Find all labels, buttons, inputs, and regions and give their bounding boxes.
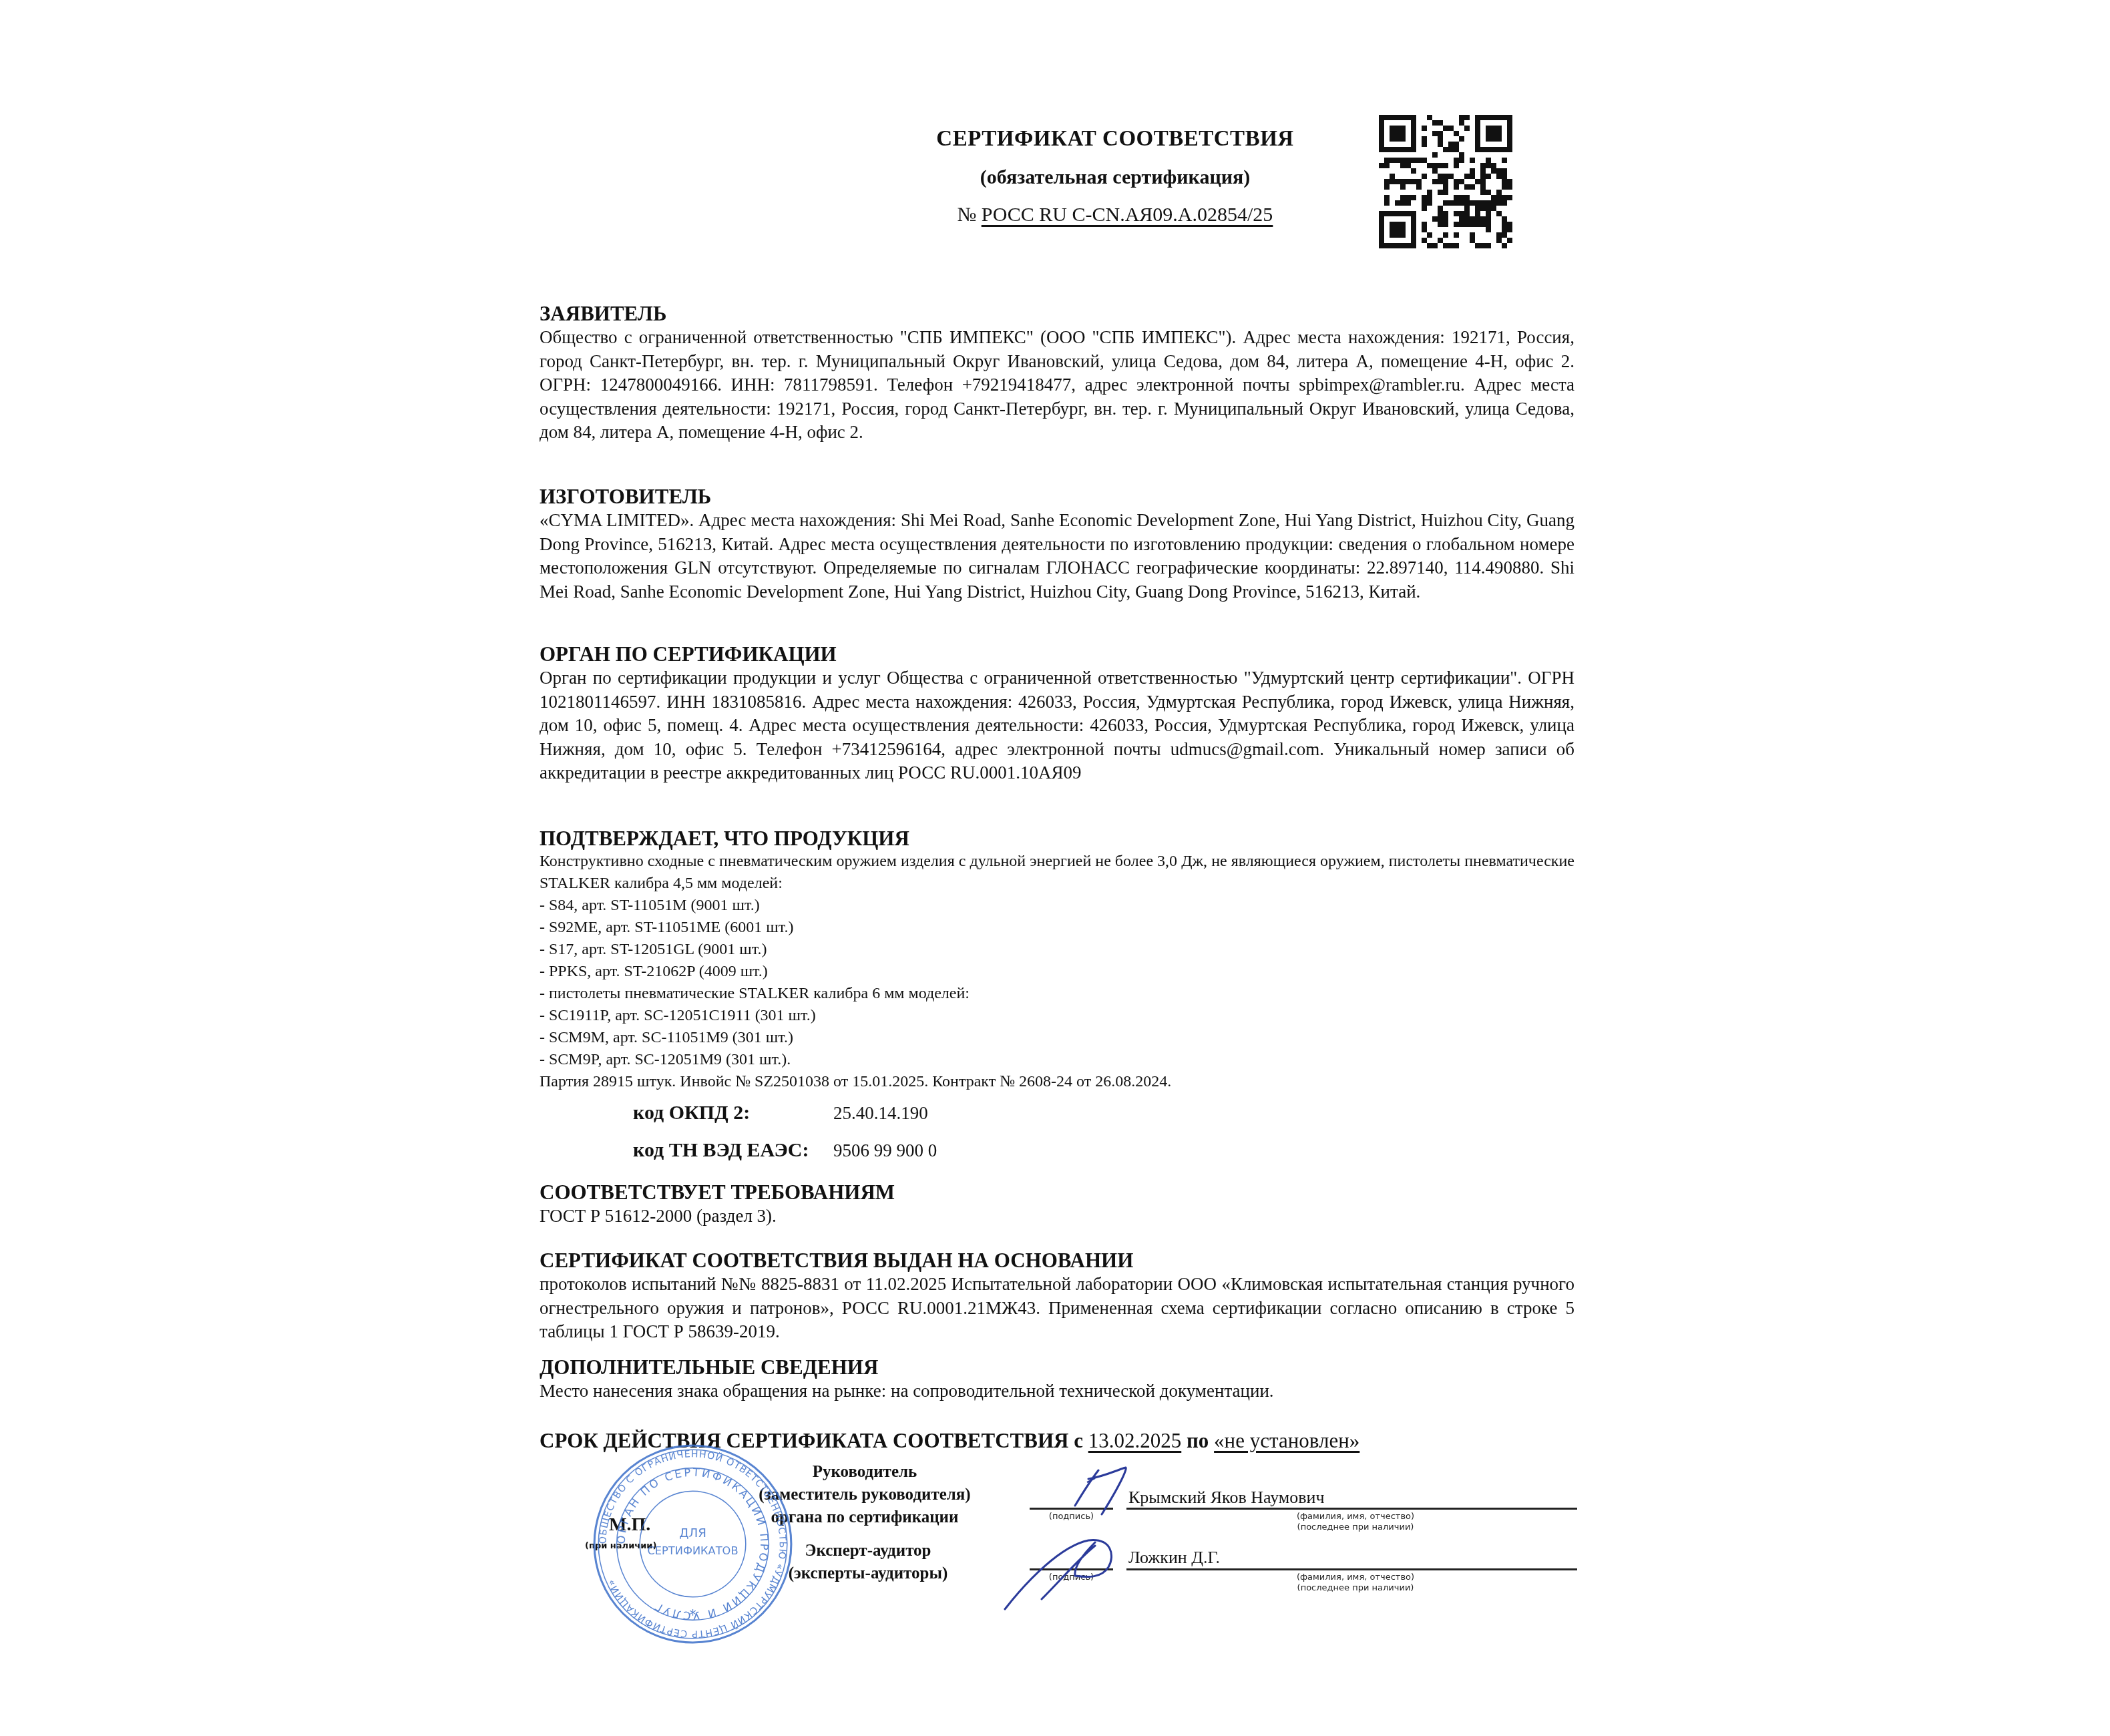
expert-name: Ложкин Д.Г. <box>1128 1548 1220 1568</box>
code-value: 9506 99 900 0 <box>833 1140 937 1161</box>
head-name-line <box>1126 1508 1577 1510</box>
requirements-section: СООТВЕТСТВУЕТ ТРЕБОВАНИЯМ ГОСТ Р 51612-2… <box>540 1180 1574 1229</box>
product-list-item: - S92ME, арт. ST-11051ME (6001 шт.) <box>540 917 1574 939</box>
code-label: код ОКПД 2: <box>633 1102 750 1124</box>
stamp-center-line-2: СЕРТИФИКАТОВ <box>647 1544 738 1557</box>
product-list-item: - PPKS, арт. ST-21062P (4009 шт.) <box>540 961 1574 983</box>
name-caption-line-2: (последнее при наличии) <box>1189 1583 1522 1594</box>
expert-name-line <box>1126 1568 1577 1570</box>
additional-heading: ДОПОЛНИТЕЛЬНЫЕ СВЕДЕНИЯ <box>540 1355 1574 1379</box>
qr-code-icon <box>1379 115 1512 248</box>
name-caption-line-1: (фамилия, имя, отчество) <box>1189 1512 1522 1522</box>
expert-role-line-2: (эксперты-аудиторы) <box>768 1562 968 1585</box>
document-title: СЕРТИФИКАТ СООТВЕТСТВИЯ <box>841 126 1389 152</box>
manufacturer-text: «CYMA LIMITED». Адрес места нахождения: … <box>540 509 1574 604</box>
expert-signature-icon <box>1002 1526 1135 1612</box>
svg-text:*: * <box>689 1607 696 1623</box>
certificate-number: № РОСС RU C-CN.АЯ09.А.02854/25 <box>841 202 1389 228</box>
head-name: Крымский Яков Наумович <box>1128 1488 1325 1508</box>
product-intro: Конструктивно сходные с пневматическим о… <box>540 851 1574 895</box>
seal-stamp-icon: ОБЩЕСТВО С ОГРАНИЧЕННОЙ ОТВЕТСТВЕННОСТЬЮ… <box>591 1442 795 1646</box>
certification-body-heading: ОРГАН ПО СЕРТИФИКАЦИИ <box>540 642 1574 666</box>
requirements-text: ГОСТ Р 51612-2000 (раздел 3). <box>540 1205 1574 1229</box>
requirements-heading: СООТВЕТСТВУЕТ ТРЕБОВАНИЯМ <box>540 1180 1574 1205</box>
validity-to-value: «не установлен» <box>1214 1429 1359 1452</box>
validity-to-label: по <box>1187 1429 1209 1452</box>
name-caption-line-1: (фамилия, имя, отчество) <box>1189 1572 1522 1583</box>
manufacturer-section: ИЗГОТОВИТЕЛЬ «CYMA LIMITED». Адрес места… <box>540 485 1574 604</box>
stamp-center-line-1: ДЛЯ <box>679 1526 706 1540</box>
basis-text: протоколов испытаний №№ 8825-8831 от 11.… <box>540 1273 1574 1344</box>
product-heading: ПОДТВЕРЖДАЕТ, ЧТО ПРОДУКЦИЯ <box>540 827 1574 851</box>
product-list-item: - пистолеты пневматические STALKER калиб… <box>540 983 1574 1005</box>
basis-section: СЕРТИФИКАТ СООТВЕТСТВИЯ ВЫДАН НА ОСНОВАН… <box>540 1249 1574 1344</box>
expert-role: Эксперт-аудитор (эксперты-аудиторы) <box>768 1540 968 1585</box>
document-subtitle: (обязательная сертификация) <box>841 164 1389 191</box>
applicant-text: Общество с ограниченной ответственностью… <box>540 326 1574 445</box>
applicant-heading: ЗАЯВИТЕЛЬ <box>540 302 1574 326</box>
certification-body-section: ОРГАН ПО СЕРТИФИКАЦИИ Орган по сертифика… <box>540 642 1574 785</box>
additional-section: ДОПОЛНИТЕЛЬНЫЕ СВЕДЕНИЯ Место нанесения … <box>540 1355 1574 1403</box>
product-section: ПОДТВЕРЖДАЕТ, ЧТО ПРОДУКЦИЯ Конструктивн… <box>540 827 1574 1093</box>
manufacturer-heading: ИЗГОТОВИТЕЛЬ <box>540 485 1574 509</box>
title-block: СЕРТИФИКАТ СООТВЕТСТВИЯ (обязательная се… <box>841 126 1389 228</box>
applicant-section: ЗАЯВИТЕЛЬ Общество с ограниченной ответс… <box>540 302 1574 445</box>
product-list-item: - SC1911P, арт. SC-12051C1911 (301 шт.) <box>540 1005 1574 1027</box>
product-list-item: Партия 28915 штук. Инвойс № SZ2501038 от… <box>540 1071 1574 1093</box>
head-signature-icon <box>1062 1462 1155 1516</box>
certificate-page: СЕРТИФИКАТ СООТВЕТСТВИЯ (обязательная се… <box>0 0 2110 1736</box>
product-list: - S84, арт. ST-11051M (9001 шт.)- S92ME,… <box>540 895 1574 1093</box>
validity-from-date: 13.02.2025 <box>1088 1429 1182 1452</box>
name-caption-line-2: (последнее при наличии) <box>1189 1522 1522 1533</box>
expert-role-line-1: Эксперт-аудитор <box>768 1540 968 1562</box>
product-list-item: - SCM9M, арт. SC-11051M9 (301 шт.) <box>540 1027 1574 1049</box>
number-prefix: № <box>958 204 977 226</box>
product-list-item: - SCM9P, арт. SC-12051M9 (301 шт.). <box>540 1049 1574 1071</box>
validity-from-label: с <box>1074 1429 1083 1452</box>
head-name-caption: (фамилия, имя, отчество) (последнее при … <box>1189 1512 1522 1533</box>
product-list-item: - S84, арт. ST-11051M (9001 шт.) <box>540 895 1574 917</box>
certification-body-text: Орган по сертификации продукции и услуг … <box>540 666 1574 785</box>
additional-text: Место нанесения знака обращения на рынке… <box>540 1379 1574 1403</box>
expert-name-caption: (фамилия, имя, отчество) (последнее при … <box>1189 1572 1522 1594</box>
product-list-item: - S17, арт. ST-12051GL (9001 шт.) <box>540 939 1574 961</box>
number-value: РОСС RU C-CN.АЯ09.А.02854/25 <box>982 204 1273 226</box>
basis-heading: СЕРТИФИКАТ СООТВЕТСТВИЯ ВЫДАН НА ОСНОВАН… <box>540 1249 1574 1273</box>
code-label: код ТН ВЭД ЕАЭС: <box>633 1139 809 1162</box>
code-value: 25.40.14.190 <box>833 1103 928 1124</box>
